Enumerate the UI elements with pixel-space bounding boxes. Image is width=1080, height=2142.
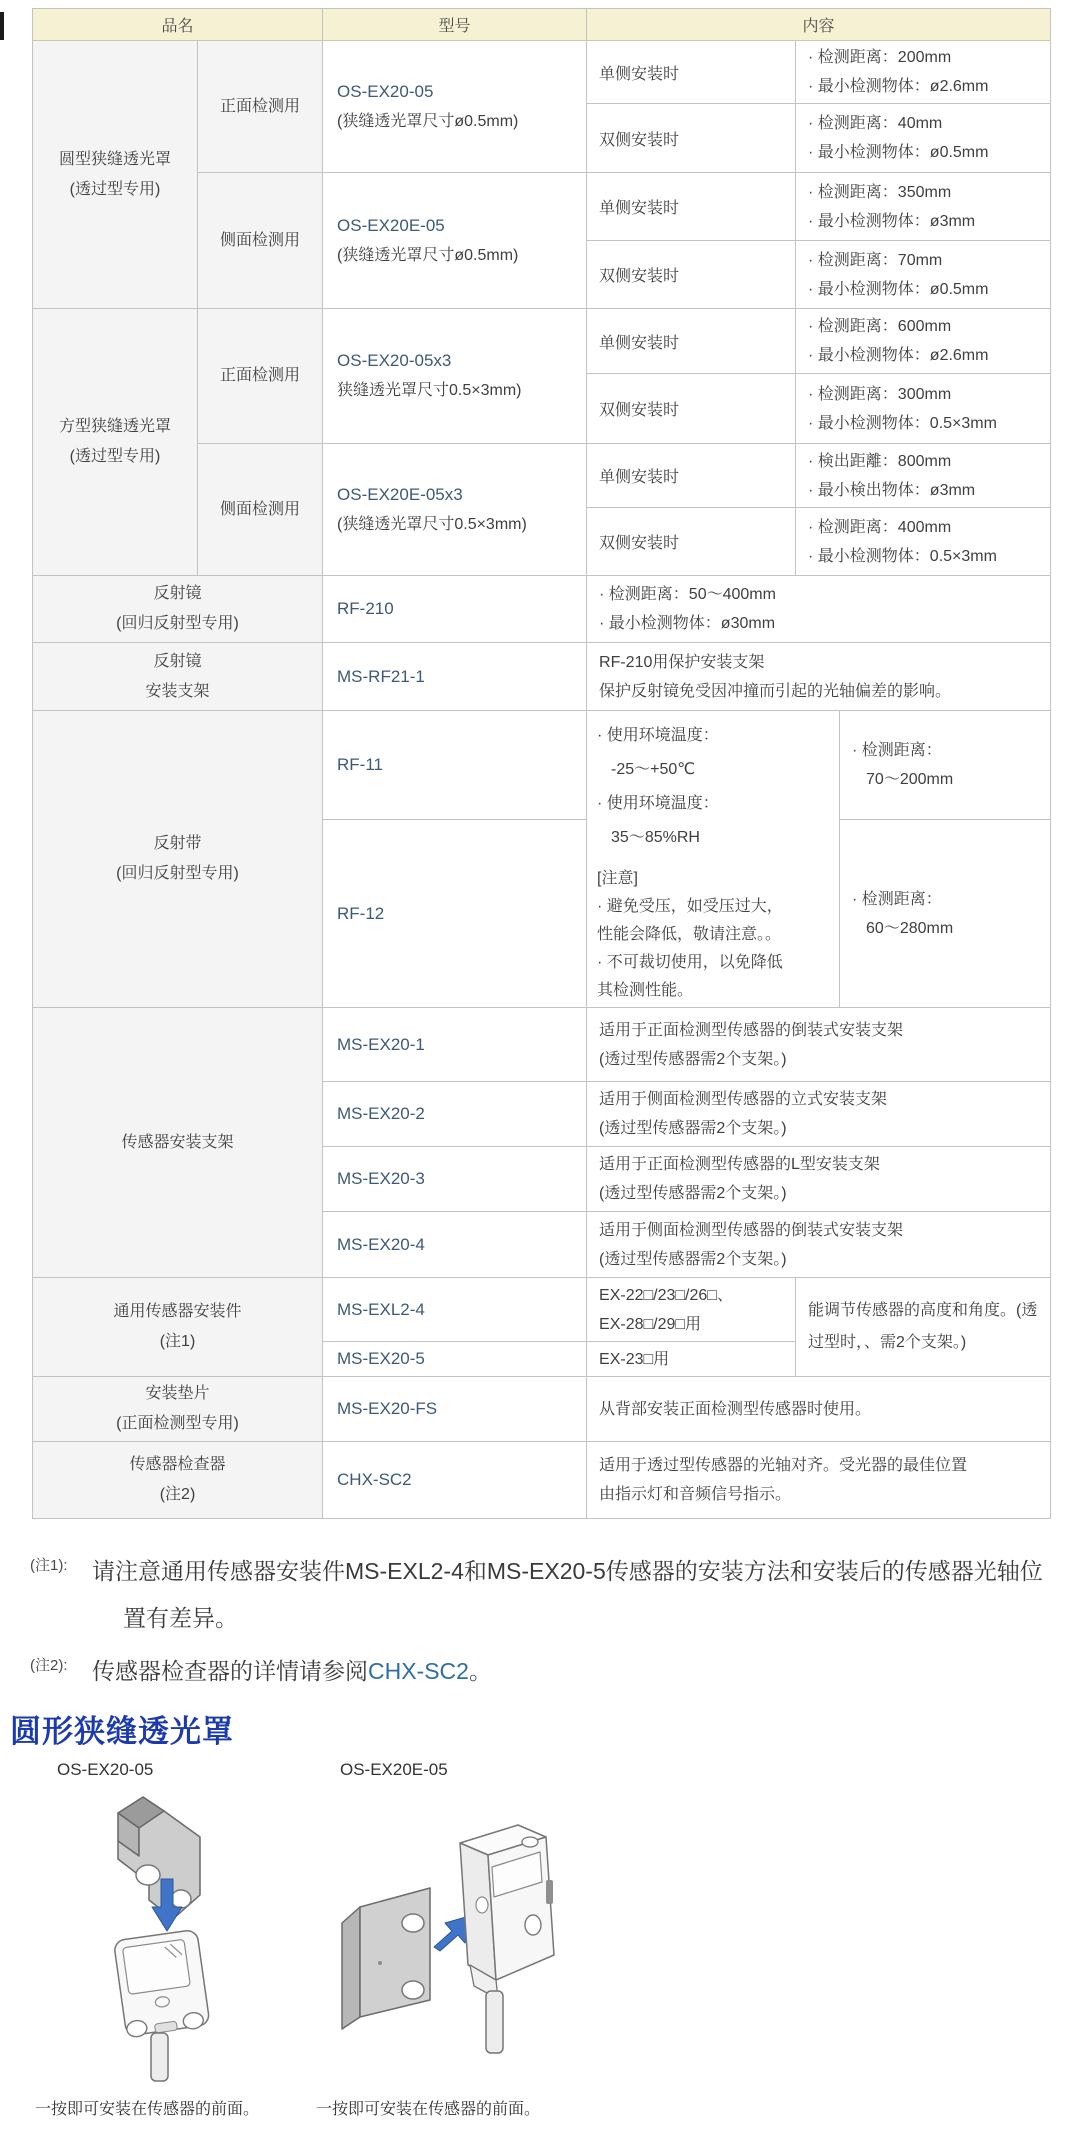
- spec-line: · 检测距离：40mm: [808, 109, 1040, 138]
- table-row: 反射镜 (回归反射型专用) RF-210 · 检测距离：50～400mm · 最…: [33, 576, 1051, 643]
- group-name-sub: (回归反射型专用): [43, 609, 312, 639]
- spec-cell: 适用于侧面检测型传感器的立式安装支架 (透过型传感器需2个支架。): [587, 1082, 1051, 1147]
- subgroup-label: 侧面检测用: [208, 495, 312, 525]
- model-link[interactable]: MS-EX20-2: [337, 1099, 576, 1129]
- spec-line: · 最小检测物体：ø3mm: [808, 207, 1040, 236]
- spec-line: · 最小检测物体：0.5×3mm: [808, 542, 1040, 571]
- spec-line: 适用于侧面检测型传感器的立式安装支架: [599, 1085, 1040, 1114]
- install-mode-label: 双侧安装时: [599, 535, 679, 552]
- tape-conditions-cell: · 使用环境温度： -25～+50℃ · 使用环境温度： 35～85%RH [注…: [587, 711, 840, 1008]
- group-name-sub: (注2): [43, 1480, 312, 1510]
- spec-line: EX-28□/29□用: [599, 1310, 785, 1339]
- model-link[interactable]: MS-EX20-3: [337, 1164, 576, 1194]
- spec-cell: · 检测距离：200mm · 最小检测物体：ø2.6mm: [796, 41, 1051, 104]
- spec-line: · 检测距离：70mm: [808, 246, 1040, 275]
- applicable-models-cell: EX-23□用: [587, 1342, 796, 1377]
- footnote-2-post: 。: [469, 1658, 492, 1684]
- model-cell: MS-EXL2-4: [323, 1278, 587, 1342]
- chx-sc2-link[interactable]: CHX-SC2: [368, 1658, 469, 1684]
- spec-line: · 最小検出物体：ø3mm: [808, 476, 1040, 505]
- group-name-sub: 安装支架: [43, 677, 312, 707]
- model-cell: CHX-SC2: [323, 1442, 587, 1519]
- diagram-left-model-label: OS-EX20-05: [57, 1760, 153, 1780]
- spec-line: · 最小检测物体：ø0.5mm: [808, 138, 1040, 167]
- group-universal-mount: 通用传感器安装件 (注1): [33, 1278, 323, 1377]
- spec-line: · 使用环境温度：: [597, 719, 829, 753]
- spec-cell: · 检测距离：300mm · 最小检测物体：0.5×3mm: [796, 374, 1051, 444]
- spec-cell: · 检测距离： 70～200mm: [840, 711, 1051, 820]
- header-pinming: 品名: [33, 9, 323, 41]
- group-name-sub: (注1): [43, 1327, 312, 1357]
- model-cell: RF-12: [323, 820, 587, 1008]
- model-cell: MS-EX20-3: [323, 1147, 587, 1212]
- spec-line: · 检测距离：: [852, 885, 1040, 914]
- model-cell: RF-210: [323, 576, 587, 643]
- spec-line: 适用于侧面检测型传感器的倒装式安装支架: [599, 1216, 1040, 1245]
- install-mode-cell: 单侧安装时: [587, 309, 796, 374]
- table-row: 反射镜 安装支架 MS-RF21-1 RF-210用保护安装支架 保护反射镜免受…: [33, 643, 1051, 711]
- model-cell: OS-EX20E-05 (狭缝透光罩尺寸ø0.5mm): [323, 173, 587, 309]
- table-row: 反射带 (回归反射型专用) RF-11 · 使用环境温度： -25～+50℃ ·…: [33, 711, 1051, 820]
- header-neirong: 内容: [587, 9, 1051, 41]
- subgroup-label: 正面检测用: [208, 361, 312, 391]
- group-reflective-tape: 反射带 (回归反射型专用): [33, 711, 323, 1008]
- group-name-sub: (正面检测型专用): [43, 1409, 312, 1439]
- spec-line: (透过型传感器需2个支架。): [599, 1245, 1040, 1274]
- model-link[interactable]: OS-EX20E-05x3: [337, 480, 576, 510]
- model-link[interactable]: OS-EX20E-05: [337, 211, 576, 241]
- install-mode-cell: 双侧安装时: [587, 508, 796, 576]
- spec-line: · 检测距离：600mm: [808, 312, 1040, 341]
- subgroup-side-detect: 侧面检测用: [198, 444, 323, 576]
- subgroup-front-detect: 正面检测用: [198, 309, 323, 444]
- spec-line: · 使用环境温度：: [597, 787, 829, 821]
- footnote-1: (注1): 请注意通用传感器安装件MS-EXL2-4和MS-EX20-5传感器的…: [30, 1548, 1050, 1642]
- spec-line: 性能会降低，敬请注意。。: [597, 921, 829, 949]
- scan-artifact: [0, 12, 4, 40]
- model-note: (狭缝透光罩尺寸ø0.5mm): [337, 241, 576, 271]
- footnote-2-label: (注2):: [30, 1648, 92, 1675]
- install-mode-label: 单侧安装时: [599, 335, 679, 352]
- header-xinghao: 型号: [323, 9, 587, 41]
- spec-line: RF-210用保护安装支架: [599, 648, 1040, 677]
- spec-line: · 検出距離：800mm: [808, 447, 1040, 476]
- spec-line: 其检测性能。: [597, 977, 829, 1005]
- footnote-1-label: (注1):: [30, 1548, 92, 1575]
- spec-line: · 检测距离：: [852, 736, 1040, 765]
- model-cell: MS-EX20-4: [323, 1212, 587, 1278]
- spec-cell: · 检测距离： 60～280mm: [840, 820, 1051, 1008]
- header-xinghao-label: 型号: [439, 18, 471, 35]
- install-mode-label: 双侧安装时: [599, 268, 679, 285]
- spec-line: (透过型传感器需2个支架。): [599, 1114, 1040, 1143]
- group-name-sub: (回归反射型专用): [43, 859, 312, 889]
- model-cell: MS-RF21-1: [323, 643, 587, 711]
- model-cell: OS-EX20E-05x3 (狭缝透光罩尺寸0.5×3mm): [323, 444, 587, 576]
- spec-cell: · 検出距離：800mm · 最小検出物体：ø3mm: [796, 444, 1051, 508]
- install-mode-cell: 双侧安装时: [587, 241, 796, 309]
- os-ex20-05-diagram: [113, 1797, 210, 2081]
- spec-line: 能调节传感器的高度和角度。(透过型时，、需2个支架。): [808, 1295, 1040, 1359]
- spec-line: 60～280mm: [852, 914, 1040, 943]
- subgroup-side-detect: 侧面检测用: [198, 173, 323, 309]
- section-heading: 圆形狭缝透光罩: [10, 1706, 234, 1751]
- model-link[interactable]: MS-EXL2-4: [337, 1295, 576, 1325]
- spec-line: · 检测距离：200mm: [808, 43, 1040, 72]
- model-cell: RF-11: [323, 711, 587, 820]
- header-pinming-label: 品名: [162, 18, 194, 35]
- notice-label: [注意]: [597, 865, 829, 893]
- spec-line: 适用于正面检测型传感器的倒装式安装支架: [599, 1016, 1040, 1045]
- install-mode-label: 单侧安装时: [599, 200, 679, 217]
- spec-line: 适用于透过型传感器的光轴对齐。受光器的最佳位置: [599, 1451, 1040, 1480]
- install-mode-label: 单侧安装时: [599, 66, 679, 83]
- spec-line: · 检测距离：50～400mm: [599, 580, 1040, 609]
- footnote-2-pre: 传感器检查器的详情请参阅: [92, 1658, 368, 1684]
- group-name: 反射镜: [43, 579, 312, 609]
- group-name: 方型狭缝透光罩: [43, 412, 187, 442]
- model-link[interactable]: CHX-SC2: [337, 1465, 576, 1495]
- install-mode-cell: 双侧安装时: [587, 374, 796, 444]
- footnote-1-text: 请注意通用传感器安装件MS-EXL2-4和MS-EX20-5传感器的安装方法和安…: [92, 1548, 1050, 1642]
- group-sensor-brackets: 传感器安装支架: [33, 1008, 323, 1278]
- applicable-models-cell: EX-22□/23□/26□、 EX-28□/29□用: [587, 1278, 796, 1342]
- table-row: 安装垫片 (正面检测型专用) MS-EX20-FS 从背部安装正面检测型传感器时…: [33, 1377, 1051, 1442]
- spec-line: (透过型传感器需2个支架。): [599, 1179, 1040, 1208]
- spec-line: 保护反射镜免受因冲撞而引起的光轴偏差的影响。: [599, 677, 1040, 706]
- spec-cell: · 检测距离：70mm · 最小检测物体：ø0.5mm: [796, 241, 1051, 309]
- accessories-table: 品名 型号 内容 圆型狭缝透光罩 (透过型专用) 正面检测用 OS-EX20-0…: [32, 8, 1051, 1519]
- table-row: 传感器检查器 (注2) CHX-SC2 适用于透过型传感器的光轴对齐。受光器的最…: [33, 1442, 1051, 1519]
- footnote-2: (注2): 传感器检查器的详情请参阅CHX-SC2。: [30, 1648, 1050, 1695]
- installation-diagrams: [30, 1795, 600, 2090]
- install-mode-cell: 双侧安装时: [587, 104, 796, 173]
- spec-line: 从背部安装正面检测型传感器时使用。: [599, 1395, 1040, 1424]
- group-reflector-bracket: 反射镜 安装支架: [33, 643, 323, 711]
- table-row: 传感器安装支架 MS-EX20-1 适用于正面检测型传感器的倒装式安装支架 (透…: [33, 1008, 1051, 1082]
- install-mode-label: 双侧安装时: [599, 132, 679, 149]
- spec-line: · 最小检测物体：ø2.6mm: [808, 341, 1040, 370]
- spec-line: -25～+50℃: [597, 753, 829, 787]
- spec-line: (透过型传感器需2个支架。): [599, 1045, 1040, 1074]
- model-link[interactable]: RF-210: [337, 594, 576, 624]
- spec-cell: · 检测距离：40mm · 最小检测物体：ø0.5mm: [796, 104, 1051, 173]
- diagram-right-model-label: OS-EX20E-05: [340, 1760, 448, 1780]
- spec-cell: 适用于侧面检测型传感器的倒装式安装支架 (透过型传感器需2个支架。): [587, 1212, 1051, 1278]
- spec-line: · 最小检测物体：ø2.6mm: [808, 72, 1040, 101]
- spec-cell: RF-210用保护安装支架 保护反射镜免受因冲撞而引起的光轴偏差的影响。: [587, 643, 1051, 711]
- group-name-sub: (透过型专用): [43, 175, 187, 205]
- spec-line: · 检测距离：400mm: [808, 513, 1040, 542]
- spec-line: 70～200mm: [852, 765, 1040, 794]
- group-name: 通用传感器安装件: [43, 1297, 312, 1327]
- group-mounting-spacer: 安装垫片 (正面检测型专用): [33, 1377, 323, 1442]
- install-mode-cell: 单侧安装时: [587, 444, 796, 508]
- table-row: 方型狭缝透光罩 (透过型专用) 正面检测用 OS-EX20-05x3 狭缝透光罩…: [33, 309, 1051, 374]
- model-link[interactable]: RF-12: [337, 899, 576, 929]
- spec-line: · 检测距离：350mm: [808, 178, 1040, 207]
- subgroup-label: 侧面检测用: [208, 226, 312, 256]
- footnote-2-text: 传感器检查器的详情请参阅CHX-SC2。: [92, 1648, 1050, 1695]
- header-neirong-label: 内容: [803, 18, 835, 35]
- model-link[interactable]: MS-EX20-FS: [337, 1394, 576, 1424]
- spec-line: · 检测距离：300mm: [808, 380, 1040, 409]
- model-link[interactable]: MS-EX20-4: [337, 1230, 576, 1260]
- group-name: 安装垫片: [43, 1379, 312, 1409]
- model-link[interactable]: MS-RF21-1: [337, 662, 576, 692]
- spec-cell: 适用于正面检测型传感器的倒装式安装支架 (透过型传感器需2个支架。): [587, 1008, 1051, 1082]
- spec-line: EX-22□/23□/26□、: [599, 1281, 785, 1310]
- model-cell: MS-EX20-1: [323, 1008, 587, 1082]
- install-mode-label: 双侧安装时: [599, 402, 679, 419]
- spec-line: 适用于正面检测型传感器的L型安装支架: [599, 1150, 1040, 1179]
- group-square-slit-mask: 方型狭缝透光罩 (透过型专用): [33, 309, 198, 576]
- diagram-right-caption: 一按即可安装在传感器的前面。: [316, 2096, 540, 2119]
- group-name: 反射镜: [43, 647, 312, 677]
- model-link[interactable]: RF-11: [337, 750, 576, 780]
- catalog-page: 品名 型号 内容 圆型狭缝透光罩 (透过型专用) 正面检测用 OS-EX20-0…: [0, 0, 1080, 2142]
- spec-line: 35～85%RH: [597, 821, 829, 855]
- install-mode-label: 单侧安装时: [599, 469, 679, 486]
- group-sensor-checker: 传感器检查器 (注2): [33, 1442, 323, 1519]
- spec-cell: 适用于正面检测型传感器的L型安装支架 (透过型传感器需2个支架。): [587, 1147, 1051, 1212]
- spec-line: EX-23□用: [599, 1345, 785, 1374]
- spec-line: · 最小检测物体：0.5×3mm: [808, 409, 1040, 438]
- table-header-row: 品名 型号 内容: [33, 9, 1051, 41]
- model-link[interactable]: OS-EX20-05: [337, 77, 576, 107]
- spec-cell: · 检测距离：350mm · 最小检测物体：ø3mm: [796, 173, 1051, 241]
- spec-line: 由指示灯和音频信号指示。: [599, 1480, 1040, 1509]
- model-cell: MS-EX20-FS: [323, 1377, 587, 1442]
- model-cell: OS-EX20-05x3 狭缝透光罩尺寸0.5×3mm): [323, 309, 587, 444]
- install-mode-cell: 单侧安装时: [587, 173, 796, 241]
- diagram-left-caption: 一按即可安装在传感器的前面。: [35, 2096, 259, 2119]
- table-row: 通用传感器安装件 (注1) MS-EXL2-4 EX-22□/23□/26□、 …: [33, 1278, 1051, 1342]
- spec-cell: · 检测距离：50～400mm · 最小检测物体：ø30mm: [587, 576, 1051, 643]
- subgroup-front-detect: 正面检测用: [198, 41, 323, 173]
- install-mode-cell: 单侧安装时: [587, 41, 796, 104]
- group-reflector: 反射镜 (回归反射型专用): [33, 576, 323, 643]
- model-link[interactable]: MS-EX20-1: [337, 1030, 576, 1060]
- spec-cell: 从背部安装正面检测型传感器时使用。: [587, 1377, 1051, 1442]
- spec-line: · 不可裁切使用，以免降低: [597, 949, 829, 977]
- model-link[interactable]: MS-EX20-5: [337, 1344, 576, 1374]
- model-note: 狭缝透光罩尺寸0.5×3mm): [337, 376, 576, 406]
- model-note: (狭缝透光罩尺寸ø0.5mm): [337, 107, 576, 137]
- spec-line: · 最小检测物体：ø30mm: [599, 609, 1040, 638]
- subgroup-label: 正面检测用: [208, 92, 312, 122]
- table-row: 圆型狭缝透光罩 (透过型专用) 正面检测用 OS-EX20-05 (狭缝透光罩尺…: [33, 41, 1051, 104]
- group-name: 传感器安装支架: [43, 1128, 312, 1158]
- spec-cell: 适用于透过型传感器的光轴对齐。受光器的最佳位置 由指示灯和音频信号指示。: [587, 1442, 1051, 1519]
- model-cell: OS-EX20-05 (狭缝透光罩尺寸ø0.5mm): [323, 41, 587, 173]
- group-name-sub: (透过型专用): [43, 442, 187, 472]
- spec-line: · 避免受压，如受压过大，: [597, 893, 829, 921]
- spec-cell: · 检测距离：600mm · 最小检测物体：ø2.6mm: [796, 309, 1051, 374]
- model-cell: MS-EX20-2: [323, 1082, 587, 1147]
- model-cell: MS-EX20-5: [323, 1342, 587, 1377]
- group-name: 传感器检查器: [43, 1450, 312, 1480]
- universal-note-cell: 能调节传感器的高度和角度。(透过型时，、需2个支架。): [796, 1278, 1051, 1377]
- group-name: 圆型狭缝透光罩: [43, 145, 187, 175]
- spec-cell: · 检测距离：400mm · 最小检测物体：0.5×3mm: [796, 508, 1051, 576]
- spec-line: · 最小检测物体：ø0.5mm: [808, 275, 1040, 304]
- group-round-slit-mask: 圆型狭缝透光罩 (透过型专用): [33, 41, 198, 309]
- model-note: (狭缝透光罩尺寸0.5×3mm): [337, 510, 576, 540]
- os-ex20e-05-diagram: [342, 1825, 554, 2053]
- group-name: 反射带: [43, 829, 312, 859]
- model-link[interactable]: OS-EX20-05x3: [337, 346, 576, 376]
